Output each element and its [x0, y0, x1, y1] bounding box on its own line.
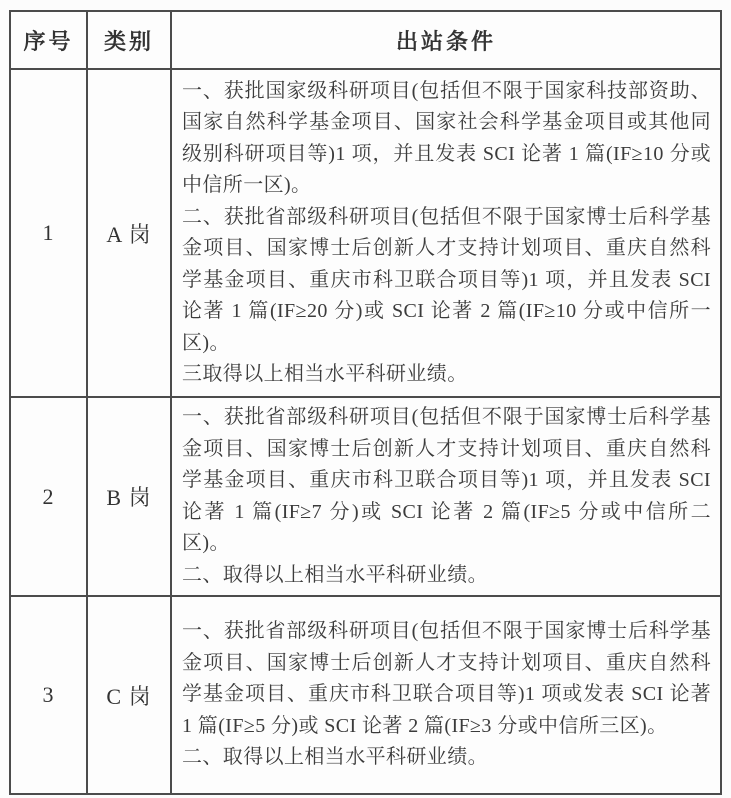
header-conditions: 出站条件: [171, 11, 721, 69]
category-cell: B 岗: [87, 397, 171, 596]
condition-paragraph: 二、获批省部级科研项目(包括但不限于国家博士后科学基金项目、国家博士后创新人才支…: [182, 202, 711, 360]
condition-paragraph: 一、获批国家级科研项目(包括但不限于国家科技部资助、国家自然科学基金项目、国家社…: [182, 76, 711, 202]
category-cell: C 岗: [87, 596, 171, 794]
row-number-cell: 3: [10, 596, 87, 794]
conditions-cell: 一、获批国家级科研项目(包括但不限于国家科技部资助、国家自然科学基金项目、国家社…: [171, 69, 721, 397]
category-cell: A 岗: [87, 69, 171, 397]
exit-conditions-table: 序号 类别 出站条件 1 A 岗 一、获批国家级科研项目(包括但不限于国家科技部…: [9, 10, 722, 795]
condition-paragraph: 二、取得以上相当水平科研业绩。: [182, 560, 711, 592]
row-number-cell: 1: [10, 69, 87, 397]
condition-paragraph: 三取得以上相当水平科研业绩。: [182, 359, 711, 391]
conditions-cell: 一、获批省部级科研项目(包括但不限于国家博士后科学基金项目、国家博士后创新人才支…: [171, 397, 721, 596]
condition-paragraph: 二、取得以上相当水平科研业绩。: [182, 742, 711, 774]
conditions-cell: 一、获批省部级科研项目(包括但不限于国家博士后科学基金项目、国家博士后创新人才支…: [171, 596, 721, 794]
condition-paragraph: 一、获批省部级科研项目(包括但不限于国家博士后科学基金项目、国家博士后创新人才支…: [182, 616, 711, 742]
row-number-cell: 2: [10, 397, 87, 596]
table-row: 2 B 岗 一、获批省部级科研项目(包括但不限于国家博士后科学基金项目、国家博士…: [10, 397, 721, 596]
table-row: 1 A 岗 一、获批国家级科研项目(包括但不限于国家科技部资助、国家自然科学基金…: [10, 69, 721, 397]
header-no: 序号: [10, 11, 87, 69]
header-row: 序号 类别 出站条件: [10, 11, 721, 69]
header-category: 类别: [87, 11, 171, 69]
table-row: 3 C 岗 一、获批省部级科研项目(包括但不限于国家博士后科学基金项目、国家博士…: [10, 596, 721, 794]
condition-paragraph: 一、获批省部级科研项目(包括但不限于国家博士后科学基金项目、国家博士后创新人才支…: [182, 402, 711, 560]
document-page: 序号 类别 出站条件 1 A 岗 一、获批国家级科研项目(包括但不限于国家科技部…: [0, 0, 731, 798]
